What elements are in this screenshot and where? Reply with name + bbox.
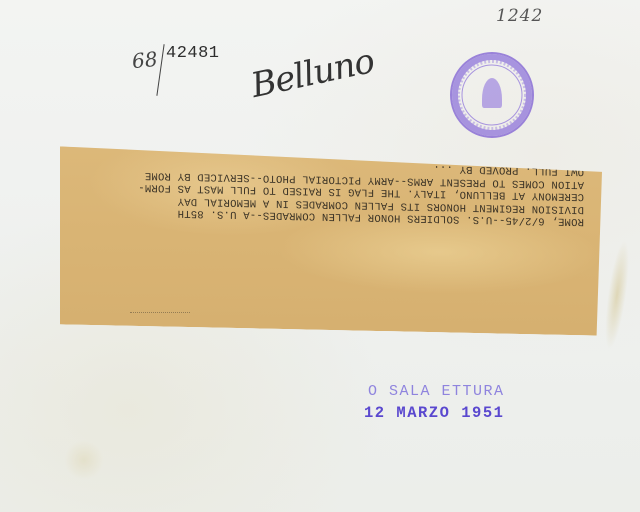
handwritten-prefix: 68 — [131, 47, 159, 74]
slip-residue — [130, 312, 190, 316]
inventory-number: 42481 — [166, 44, 220, 63]
ink-seal-stamp — [450, 52, 534, 138]
date-stamp-line-1: O SALA ETTURA — [368, 383, 505, 400]
caption-slip: ROME, 6/2/45--U.S. SOLDIERS HONOR FALLEN… — [60, 146, 602, 335]
paper-stain — [64, 440, 104, 480]
date-stamp-line-2: 12 MARZO 1951 — [364, 404, 504, 422]
handwritten-number: 1242 — [496, 6, 543, 26]
caption-text-block: ROME, 6/2/45--U.S. SOLDIERS HONOR FALLEN… — [60, 146, 602, 335]
